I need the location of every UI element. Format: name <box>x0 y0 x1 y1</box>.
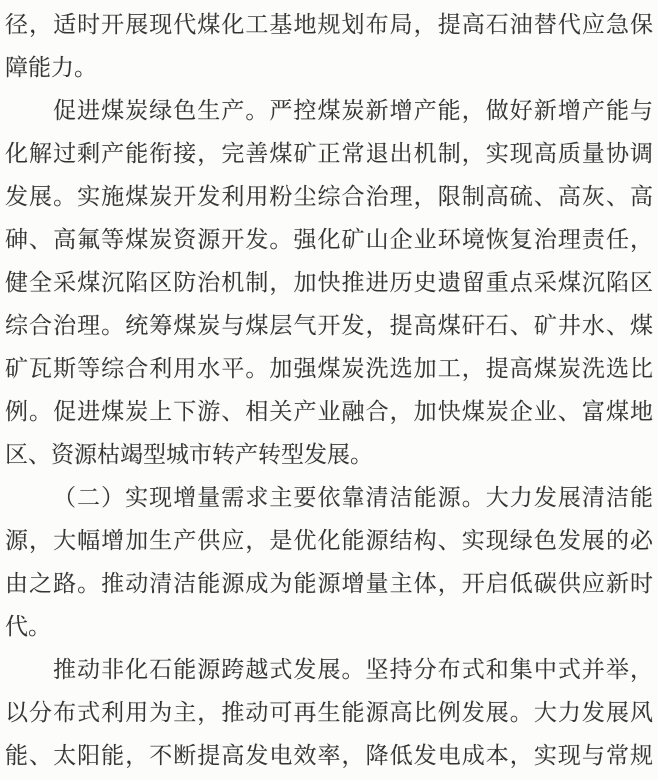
text-line-13: 源，大幅增加生产供应，是优化能源结构、实现绿色发展的必 <box>5 519 653 562</box>
text-line-9: 矿瓦斯等综合利用水平。加强煤炭洗选加工，提高煤炭洗选比 <box>5 347 653 390</box>
document-page: 径，适时开展现代煤化工基地规划布局，提高石油替代应急保障能力。促进煤炭绿色生产。… <box>0 0 658 780</box>
text-line-15: 代。 <box>5 605 653 648</box>
text-line-12: （二）实现增量需求主要依靠清洁能源。大力发展清洁能 <box>5 476 653 519</box>
text-line-3: 促进煤炭绿色生产。严控煤炭新增产能，做好新增产能与 <box>5 89 653 132</box>
text-line-7: 健全采煤沉陷区防治机制，加快推进历史遗留重点采煤沉陷区 <box>5 261 653 304</box>
text-line-8: 综合治理。统筹煤炭与煤层气开发，提高煤矸石、矿井水、煤 <box>5 304 653 347</box>
text-line-4: 化解过剩产能衔接，完善煤矿正常退出机制，实现高质量协调 <box>5 132 653 175</box>
text-line-10: 例。促进煤炭上下游、相关产业融合，加快煤炭企业、富煤地 <box>5 390 653 433</box>
text-line-18: 能、太阳能，不断提高发电效率，降低发电成本，实现与常规 <box>5 734 653 777</box>
text-line-1: 径，适时开展现代煤化工基地规划布局，提高石油替代应急保 <box>5 3 653 46</box>
text-line-17: 以分布式利用为主，推动可再生能源高比例发展。大力发展风 <box>5 691 653 734</box>
text-line-11: 区、资源枯竭型城市转产转型发展。 <box>5 433 653 476</box>
text-line-6: 砷、高氟等煤炭资源开发。强化矿山企业环境恢复治理责任， <box>5 218 653 261</box>
text-line-2: 障能力。 <box>5 46 653 89</box>
text-line-16: 推动非化石能源跨越式发展。坚持分布式和集中式并举， <box>5 648 653 691</box>
text-line-14: 由之路。推动清洁能源成为能源增量主体，开启低碳供应新时 <box>5 562 653 605</box>
text-line-5: 发展。实施煤炭开发利用粉尘综合治理，限制高硫、高灰、高 <box>5 175 653 218</box>
